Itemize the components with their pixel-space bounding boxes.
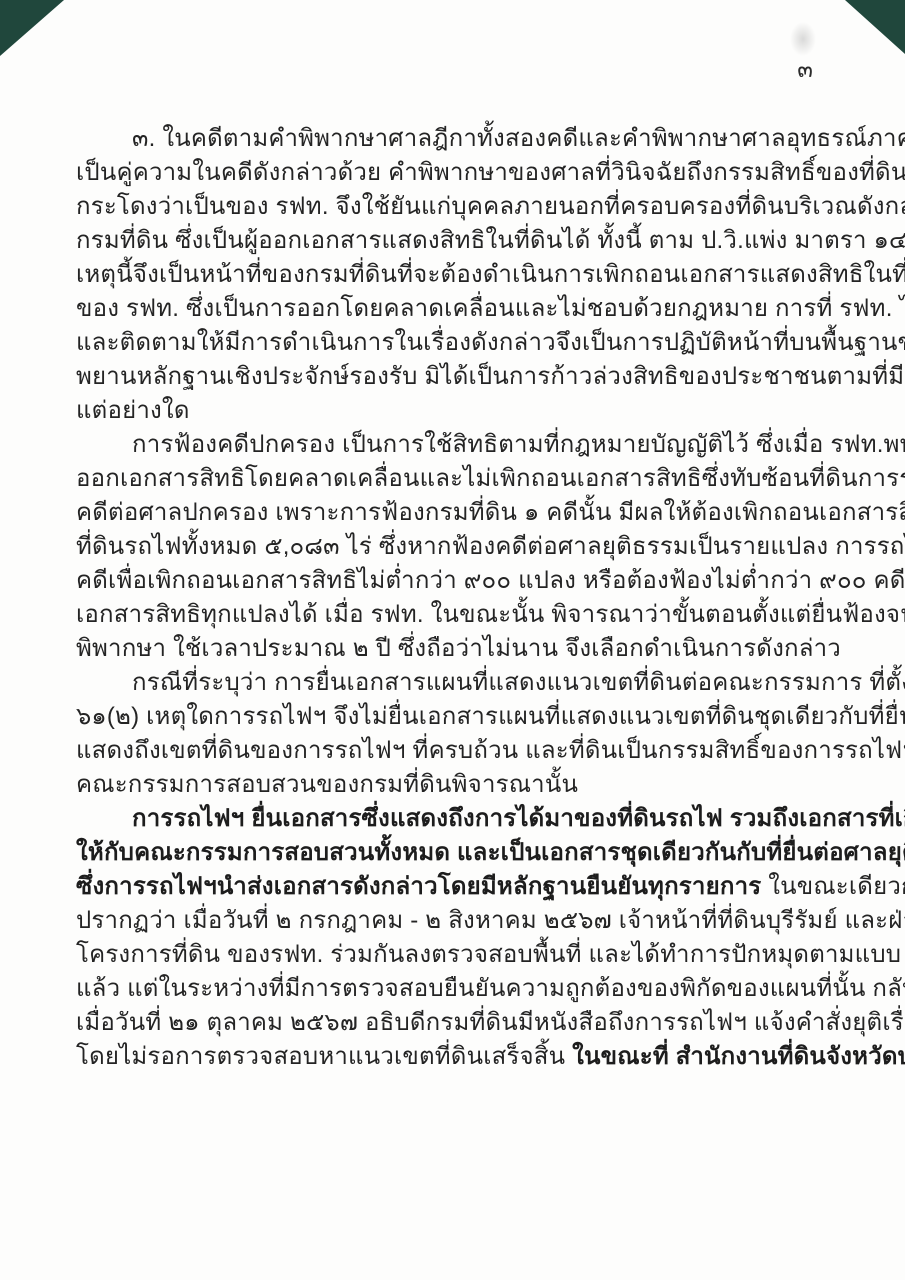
text-line: และติดตามให้มีการดำเนินการในเรื่องดังกล่… xyxy=(76,326,863,360)
text-segment: ของ รฟท. ซึ่งเป็นการออกโดยคลาดเคลื่อนและ… xyxy=(76,295,905,322)
text-segment: กระโดงว่าเป็นของ รฟท. จึงใช้ยันแก่บุคคลภ… xyxy=(76,193,905,220)
page-number: ๓ xyxy=(797,52,813,88)
text-line: คดีเพื่อเพิกถอนเอกสารสิทธิไม่ต่ำกว่า ๙๐๐… xyxy=(76,564,863,598)
text-segment: ๖๑(๒) เหตุใดการรถไฟฯ จึงไม่ยื่นเอกสารแผน… xyxy=(76,703,905,730)
text-line: พยานหลักฐานเชิงประจักษ์รองรับ มิได้เป็นก… xyxy=(76,360,863,394)
text-segment: แล้ว แต่ในระหว่างที่มีการตรวจสอบยืนยันคว… xyxy=(76,975,905,1002)
text-line: แสดงถึงเขตที่ดินของการรถไฟฯ ที่ครบถ้วน แ… xyxy=(76,734,863,768)
text-segment: โครงการที่ดิน ของรฟท. ร่วมกันลงตรวจสอบพื… xyxy=(76,941,905,968)
text-line: กรณีที่ระบุว่า การยื่นเอกสารแผนที่แสดงแน… xyxy=(76,666,863,700)
text-segment: คดีเพื่อเพิกถอนเอกสารสิทธิไม่ต่ำกว่า ๙๐๐… xyxy=(76,567,905,594)
text-line: การฟ้องคดีปกครอง เป็นการใช้สิทธิตามที่กฎ… xyxy=(76,428,863,462)
text-segment: การรถไฟฯ ยื่นเอกสารซึ่งแสดงถึงการได้มาขอ… xyxy=(132,805,905,832)
text-line: คณะกรรมการสอบสวนของกรมที่ดินพิจารณานั้น xyxy=(76,768,863,802)
scan-smudge xyxy=(790,22,816,56)
text-line: กระโดงว่าเป็นของ รฟท. จึงใช้ยันแก่บุคคลภ… xyxy=(76,190,863,224)
text-line: ซึ่งการรถไฟฯนำส่งเอกสารดังกล่าวโดยมีหลัก… xyxy=(76,870,863,904)
text-segment: การฟ้องคดีปกครอง เป็นการใช้สิทธิตามที่กฎ… xyxy=(132,431,905,458)
text-line: การรถไฟฯ ยื่นเอกสารซึ่งแสดงถึงการได้มาขอ… xyxy=(76,802,863,836)
text-segment: พิพากษา ใช้เวลาประมาณ ๒ ปี ซึ่งถือว่าไม่… xyxy=(76,635,841,662)
text-segment: ที่ดินรถไฟทั้งหมด ๕,๐๘๓ ไร่ ซึ่งหากฟ้องค… xyxy=(76,533,905,560)
text-line: ออกเอกสารสิทธิโดยคลาดเคลื่อนและไม่เพิกถอ… xyxy=(76,462,863,496)
document-body: ๓. ในคดีตามคำพิพากษาศาลฎีกาทั้งสองคดีและ… xyxy=(76,122,863,1074)
text-segment: ในขณะเดียวกัน มีเอกสาร xyxy=(761,873,905,900)
text-segment: กรมที่ดิน ซึ่งเป็นผู้ออกเอกสารแสดงสิทธิใ… xyxy=(76,227,905,254)
text-segment: เมื่อวันที่ ๒๑ ตุลาคม ๒๕๖๗ อธิบดีกรมที่ด… xyxy=(76,1009,905,1036)
text-segment: ในขณะที่ สำนักงานที่ดินจังหวัดบุรีรัมย์ xyxy=(572,1043,905,1070)
text-line: คดีต่อศาลปกครอง เพราะการฟ้องกรมที่ดิน ๑ … xyxy=(76,496,863,530)
text-line: โดยไม่รอการตรวจสอบหาแนวเขตที่ดินเสร็จสิ้… xyxy=(76,1040,863,1074)
text-segment: ปรากฏว่า เมื่อวันที่ ๒ กรกฎาคม - ๒ สิงหา… xyxy=(76,907,905,934)
text-segment: พยานหลักฐานเชิงประจักษ์รองรับ มิได้เป็นก… xyxy=(76,363,905,390)
scan-corner-artifact-top-left xyxy=(0,0,64,56)
text-segment: คดีต่อศาลปกครอง เพราะการฟ้องกรมที่ดิน ๑ … xyxy=(76,499,905,526)
text-line: ของ รฟท. ซึ่งเป็นการออกโดยคลาดเคลื่อนและ… xyxy=(76,292,863,326)
document-page: ๓ ๓. ในคดีตามคำพิพากษาศาลฎีกาทั้งสองคดีแ… xyxy=(0,0,905,1280)
text-segment: ซึ่งการรถไฟฯนำส่งเอกสารดังกล่าวโดยมีหลัก… xyxy=(76,873,761,900)
text-segment: แสดงถึงเขตที่ดินของการรถไฟฯ ที่ครบถ้วน แ… xyxy=(76,737,905,764)
text-line: ๖๑(๒) เหตุใดการรถไฟฯ จึงไม่ยื่นเอกสารแผน… xyxy=(76,700,863,734)
text-segment: โดยไม่รอการตรวจสอบหาแนวเขตที่ดินเสร็จสิ้… xyxy=(76,1043,572,1070)
text-line: กรมที่ดิน ซึ่งเป็นผู้ออกเอกสารแสดงสิทธิใ… xyxy=(76,224,863,258)
text-line: แล้ว แต่ในระหว่างที่มีการตรวจสอบยืนยันคว… xyxy=(76,972,863,1006)
text-line: ๓. ในคดีตามคำพิพากษาศาลฎีกาทั้งสองคดีและ… xyxy=(76,122,863,156)
text-segment: เอกสารสิทธิทุกแปลงได้ เมื่อ รฟท. ในขณะนั… xyxy=(76,601,905,628)
text-line: ปรากฏว่า เมื่อวันที่ ๒ กรกฎาคม - ๒ สิงหา… xyxy=(76,904,863,938)
text-segment: คณะกรรมการสอบสวนของกรมที่ดินพิจารณานั้น xyxy=(76,771,578,798)
text-line: เมื่อวันที่ ๒๑ ตุลาคม ๒๕๖๗ อธิบดีกรมที่ด… xyxy=(76,1006,863,1040)
text-line: เหตุนี้จึงเป็นหน้าที่ของกรมที่ดินที่จะต้… xyxy=(76,258,863,292)
text-segment: ๓. ในคดีตามคำพิพากษาศาลฎีกาทั้งสองคดีและ… xyxy=(132,125,905,152)
scan-corner-artifact-top-right xyxy=(845,0,905,54)
text-segment: และติดตามให้มีการดำเนินการในเรื่องดังกล่… xyxy=(76,329,905,356)
text-segment: เป็นคู่ความในคดีดังกล่าวด้วย คำพิพากษาขอ… xyxy=(76,159,905,186)
text-segment: แต่อย่างใด xyxy=(76,397,190,424)
text-line: เอกสารสิทธิทุกแปลงได้ เมื่อ รฟท. ในขณะนั… xyxy=(76,598,863,632)
text-line: พิพากษา ใช้เวลาประมาณ ๒ ปี ซึ่งถือว่าไม่… xyxy=(76,632,863,666)
text-line: ให้กับคณะกรรมการสอบสวนทั้งหมด และเป็นเอก… xyxy=(76,836,863,870)
text-segment: เหตุนี้จึงเป็นหน้าที่ของกรมที่ดินที่จะต้… xyxy=(76,261,905,288)
text-segment: กรณีที่ระบุว่า การยื่นเอกสารแผนที่แสดงแน… xyxy=(132,669,905,696)
text-segment: ให้กับคณะกรรมการสอบสวนทั้งหมด และเป็นเอก… xyxy=(76,839,905,866)
text-line: แต่อย่างใด xyxy=(76,394,863,428)
text-line: เป็นคู่ความในคดีดังกล่าวด้วย คำพิพากษาขอ… xyxy=(76,156,863,190)
text-line: โครงการที่ดิน ของรฟท. ร่วมกันลงตรวจสอบพื… xyxy=(76,938,863,972)
text-line: ที่ดินรถไฟทั้งหมด ๕,๐๘๓ ไร่ ซึ่งหากฟ้องค… xyxy=(76,530,863,564)
text-segment: ออกเอกสารสิทธิโดยคลาดเคลื่อนและไม่เพิกถอ… xyxy=(76,465,905,492)
